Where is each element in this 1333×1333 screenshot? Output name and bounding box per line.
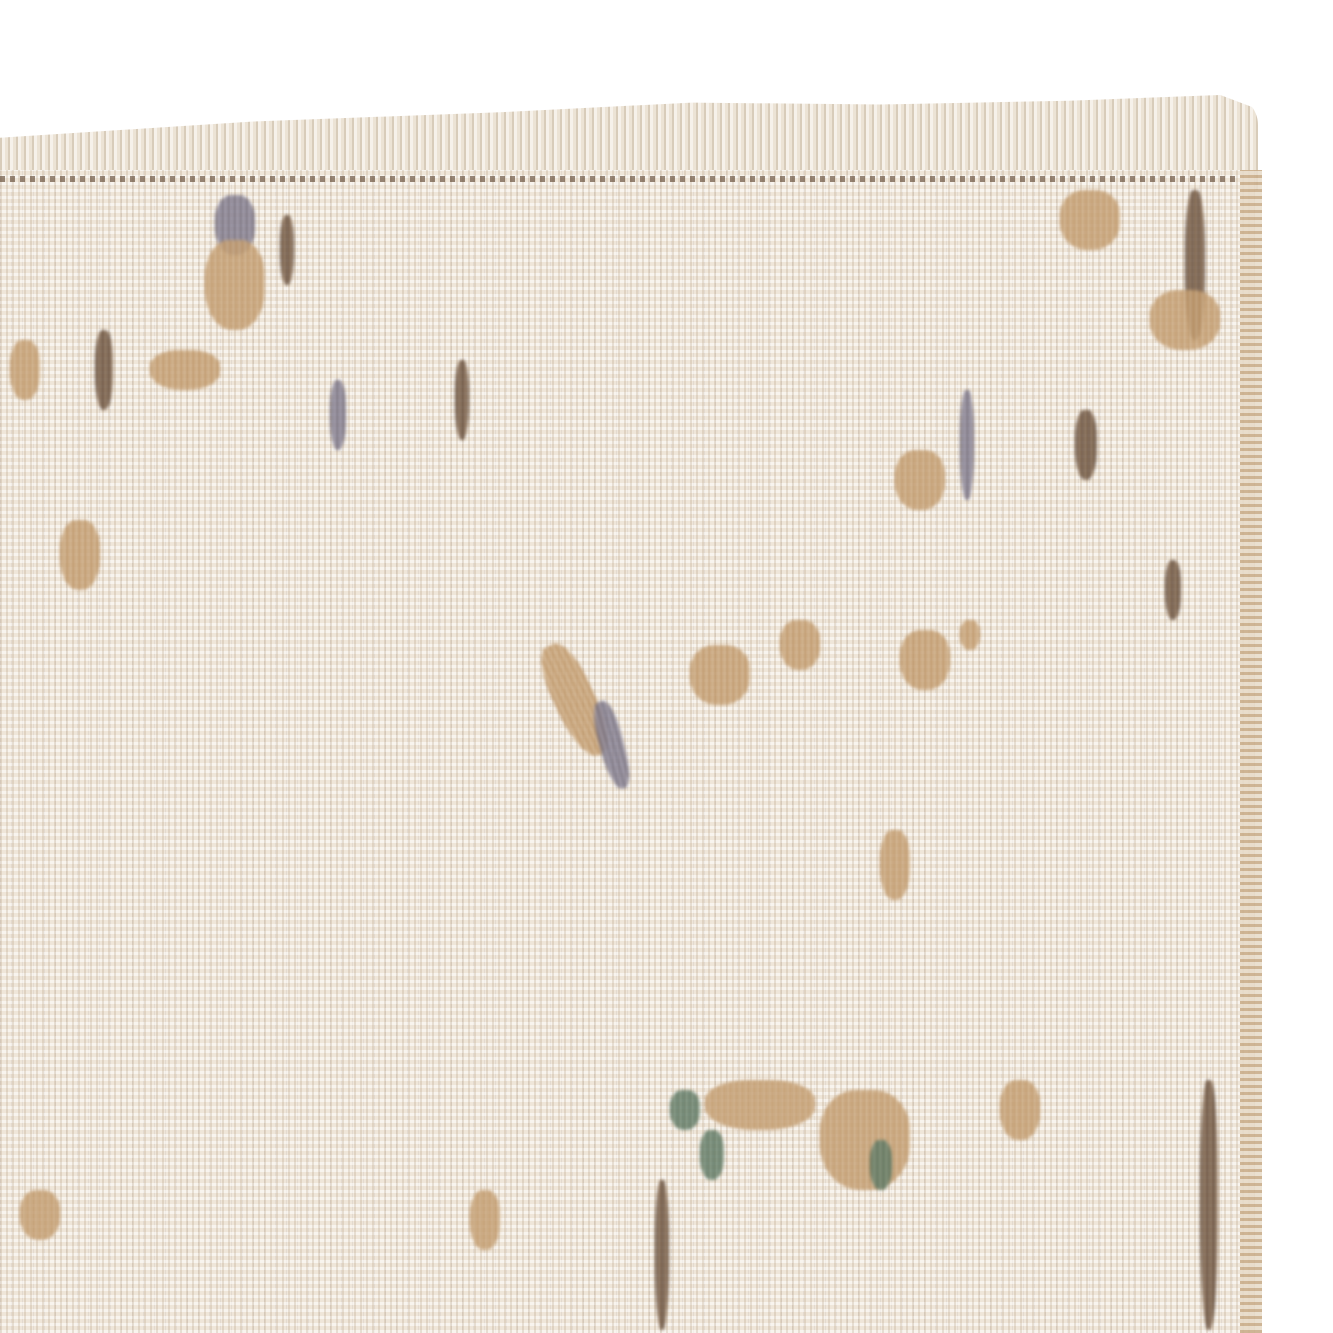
rug-motif (700, 1130, 724, 1180)
rug-motif (1150, 290, 1220, 350)
rug-motif (470, 1190, 500, 1250)
rug-motif (330, 380, 346, 450)
rug-motif (1075, 410, 1097, 480)
rug-motif (780, 620, 820, 670)
rug-motif (655, 1180, 669, 1330)
rug-motif (705, 1080, 815, 1130)
rug-motif (1200, 1080, 1218, 1330)
rug-motif (670, 1090, 700, 1130)
rug-motif (820, 1090, 910, 1190)
rug-motif (880, 830, 910, 900)
rug-motif (455, 360, 469, 440)
rug-binding-edge (1240, 170, 1262, 1333)
rug-motif (1165, 560, 1181, 620)
rug-motif (1060, 190, 1120, 250)
rug-motif (95, 330, 113, 410)
rug-motif (1000, 1080, 1040, 1140)
rug-motif (60, 520, 100, 590)
rug-motif (900, 630, 950, 690)
rug-motif (150, 350, 220, 390)
rug-motif (10, 340, 40, 400)
rug-motif (895, 450, 945, 510)
rug-border-line (0, 176, 1240, 182)
rug-motif (960, 620, 980, 650)
rug-motif (20, 1190, 60, 1240)
rug-field (0, 170, 1255, 1333)
rug-motif (205, 240, 265, 330)
rug-motif (280, 215, 294, 285)
rug-motif (870, 1140, 892, 1190)
rug-motif (690, 645, 750, 705)
rug-motif (960, 390, 974, 500)
photo-scene (0, 0, 1333, 1333)
